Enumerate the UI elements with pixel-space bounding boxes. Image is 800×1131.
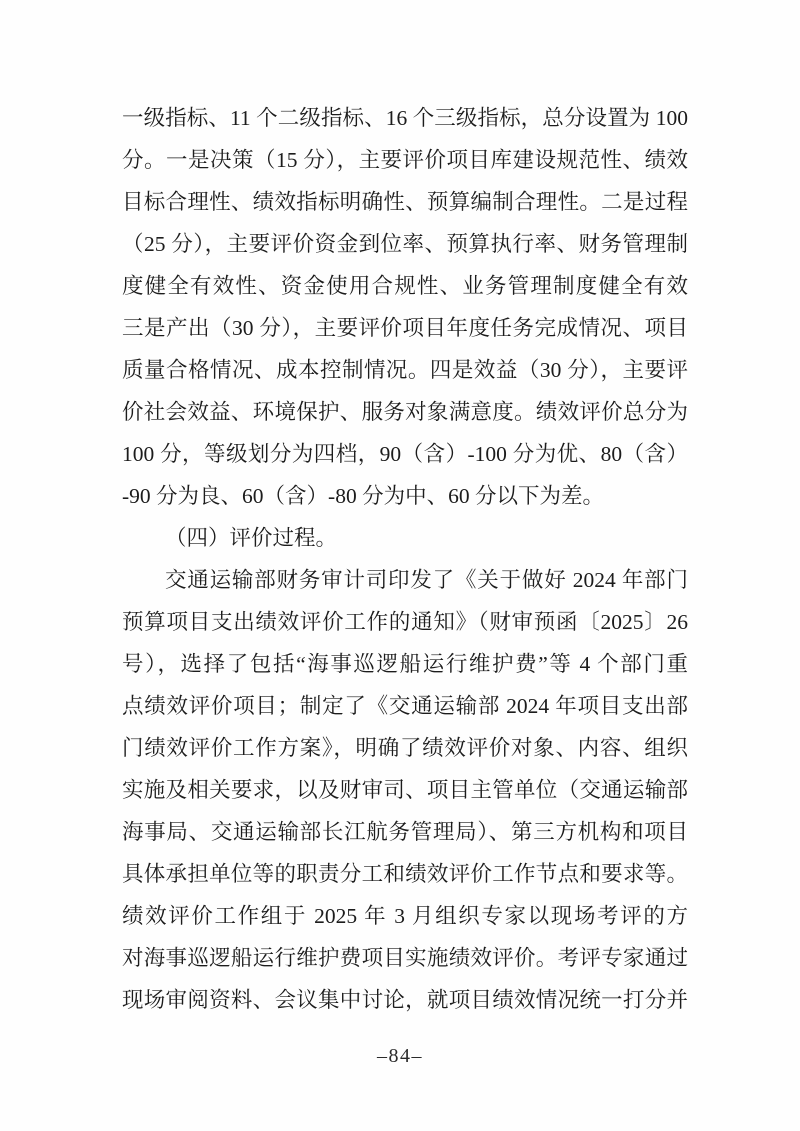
text-line: 绩效评价工作组于 2025 年 3 月组织专家以现场考评的方式， bbox=[122, 895, 688, 937]
text-line: 对海事巡逻船运行维护费项目实施绩效评价。考评专家通过 bbox=[122, 937, 688, 979]
text-line: 具体承担单位等的职责分工和绩效评价工作节点和要求等。 bbox=[122, 853, 688, 895]
paragraph-start-line: 交通运输部财务审计司印发了《关于做好 2024 年部门 bbox=[122, 559, 688, 601]
text-line: 门绩效评价工作方案》，明确了绩效评价对象、内容、组织 bbox=[122, 727, 688, 769]
text-line: -90 分为良、60（含）-80 分为中、60 分以下为差。 bbox=[122, 475, 688, 517]
text-line: 100 分，等级划分为四档，90（含）-100 分为优、80（含） bbox=[122, 433, 688, 475]
text-line: 一级指标、11 个二级指标、16 个三级指标，总分设置为 100 bbox=[122, 97, 688, 139]
text-line: 三是产出（30 分），主要评价项目年度任务完成情况、项目 bbox=[122, 307, 688, 349]
page-number: –84– bbox=[0, 1041, 800, 1071]
text-line: 价社会效益、环境保护、服务对象满意度。绩效评价总分为 bbox=[122, 391, 688, 433]
text-line: 号），选择了包括“海事巡逻船运行维护费”等 4 个部门重 bbox=[122, 643, 688, 685]
section-heading-line: （四）评价过程。 bbox=[122, 517, 688, 559]
text-line: 实施及相关要求，以及财审司、项目主管单位（交通运输部 bbox=[122, 769, 688, 811]
text-line: 预算项目支出绩效评价工作的通知》（财审预函〔2025〕26 bbox=[122, 601, 688, 643]
text-line: 点绩效评价项目；制定了《交通运输部 2024 年项目支出部 bbox=[122, 685, 688, 727]
body-text-block: 一级指标、11 个二级指标、16 个三级指标，总分设置为 100 分。一是决策（… bbox=[122, 97, 688, 1021]
text-line: 质量合格情况、成本控制情况。四是效益（30 分），主要评 bbox=[122, 349, 688, 391]
text-line: 分。一是决策（15 分），主要评价项目库建设规范性、绩效 bbox=[122, 139, 688, 181]
text-line: 现场审阅资料、会议集中讨论，就项目绩效情况统一打分并 bbox=[122, 979, 688, 1021]
text-line: （25 分），主要评价资金到位率、预算执行率、财务管理制 bbox=[122, 223, 688, 265]
text-line: 海事局、交通运输部长江航务管理局）、第三方机构和项目 bbox=[122, 811, 688, 853]
text-line: 度健全有效性、资金使用合规性、业务管理制度健全有效性。 bbox=[122, 265, 688, 307]
text-line: 目标合理性、绩效指标明确性、预算编制合理性。二是过程 bbox=[122, 181, 688, 223]
document-page: 一级指标、11 个二级指标、16 个三级指标，总分设置为 100 分。一是决策（… bbox=[0, 0, 800, 1131]
